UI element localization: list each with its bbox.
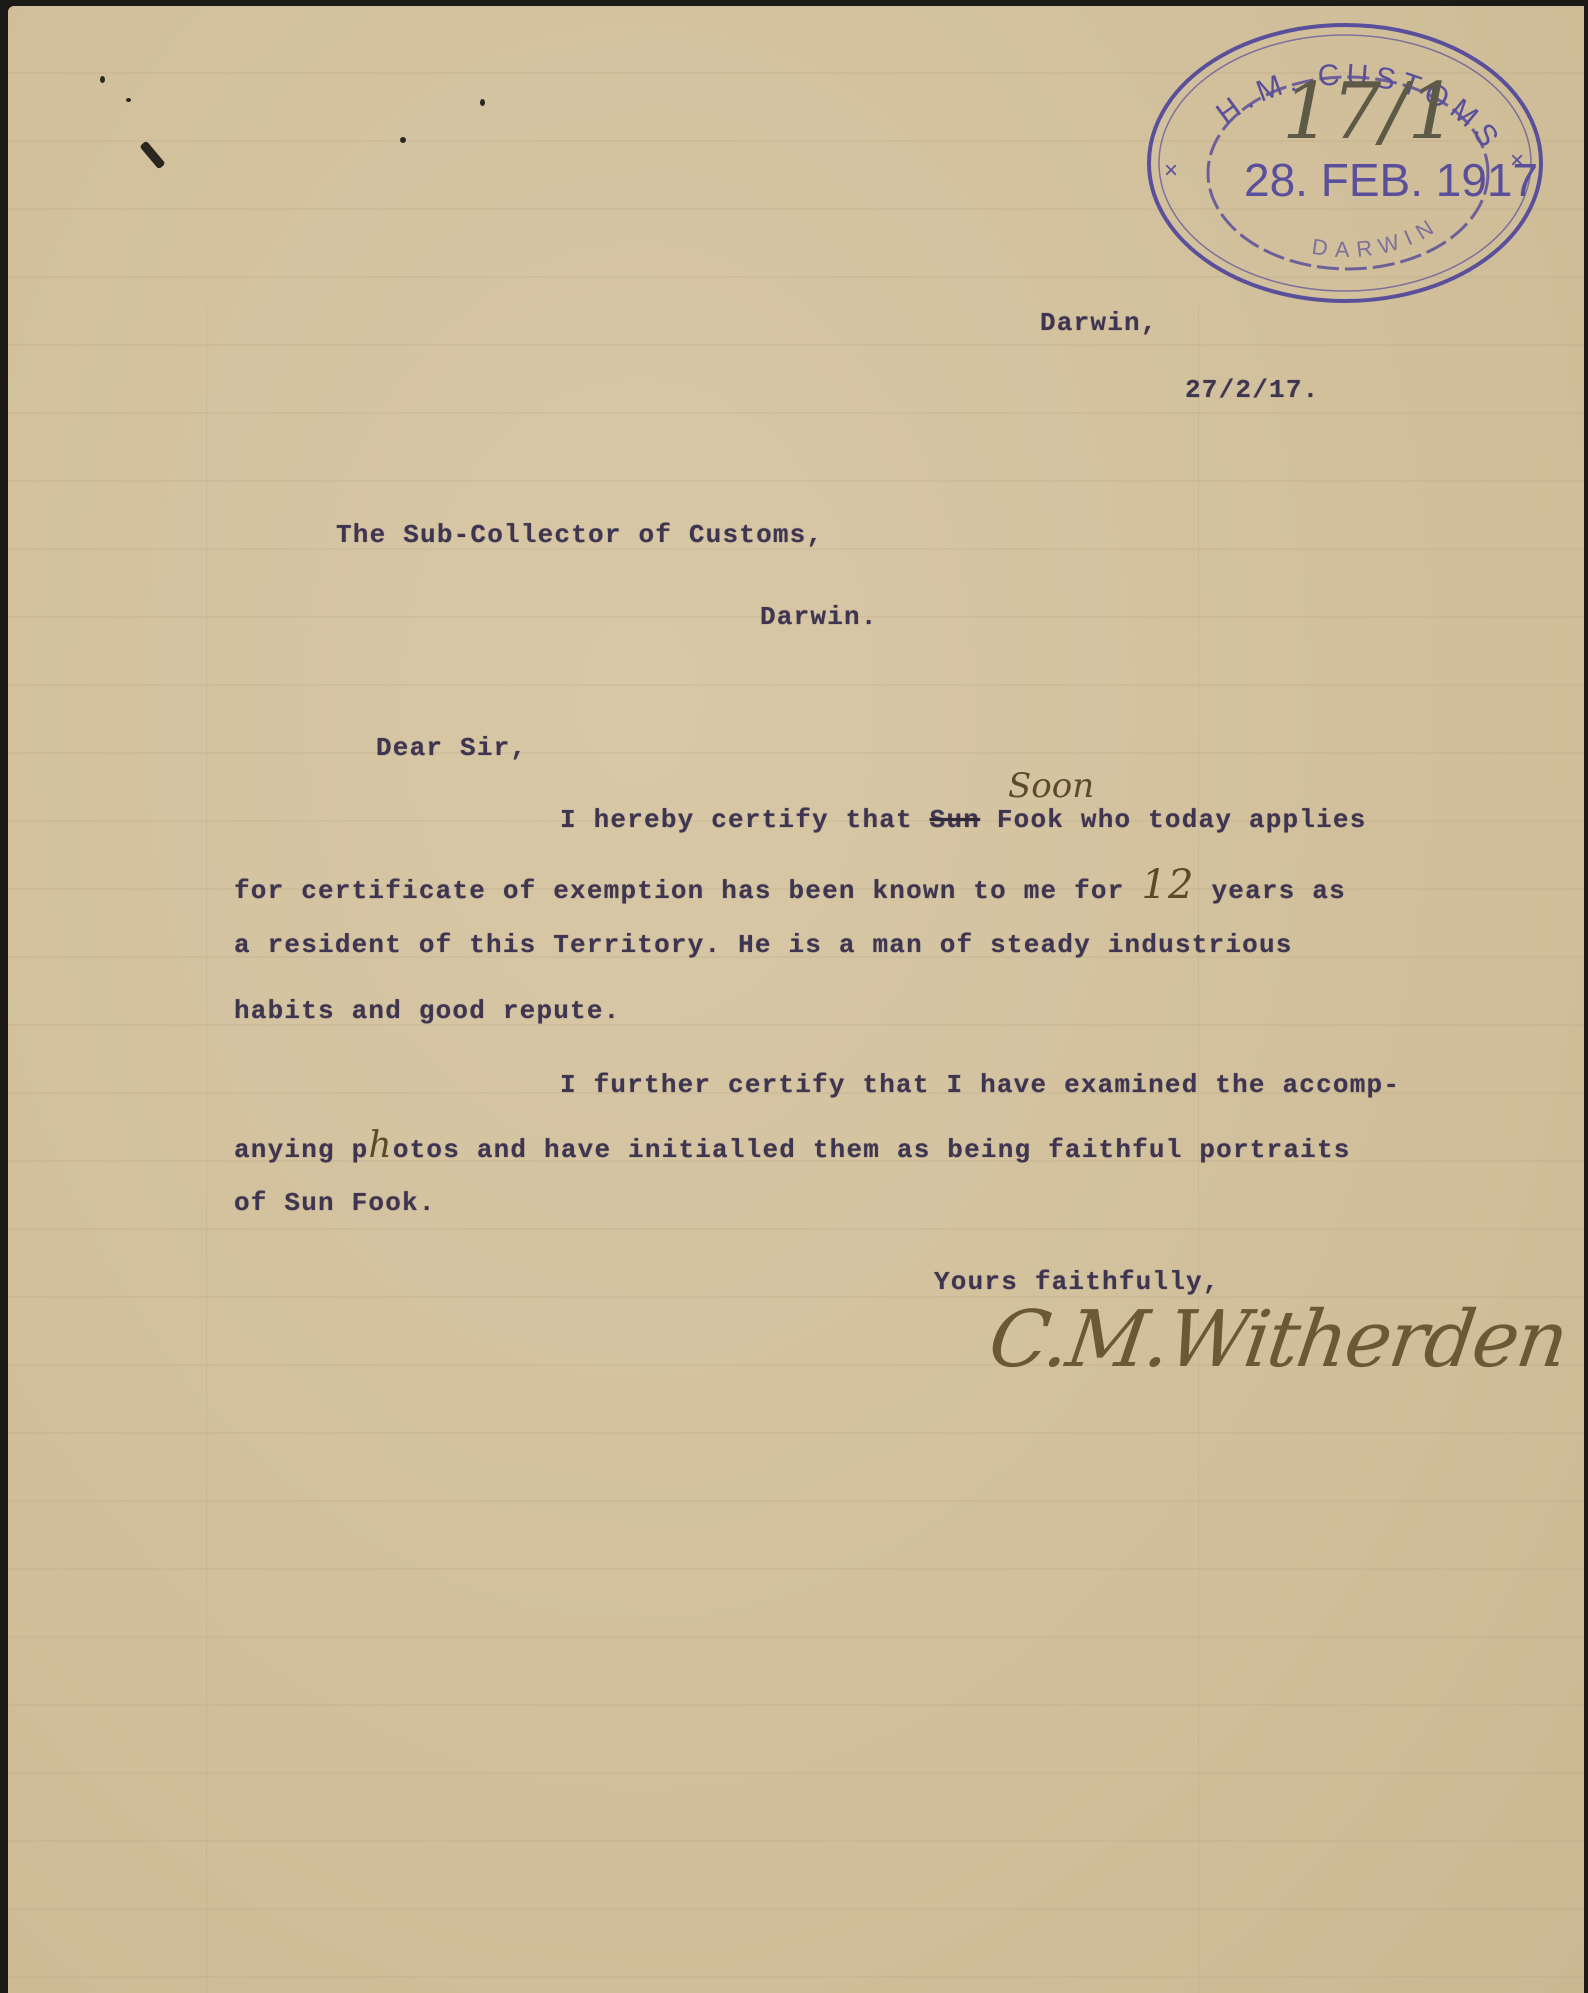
- svg-text:×: ×: [1164, 157, 1178, 184]
- handwritten-insert: h: [368, 1125, 392, 1166]
- ruled-margin-line: [206, 306, 207, 1993]
- svg-text:28. FEB. 1917: 28. FEB. 1917: [1244, 154, 1538, 206]
- letter-date: 27/2/17.: [1185, 375, 1319, 405]
- letter-place: Darwin,: [1040, 308, 1158, 338]
- paragraph-1-line-4: habits and good repute.: [234, 996, 620, 1026]
- paragraph-2-line-2: anying photos and have initialled them a…: [234, 1125, 1351, 1166]
- paper-speck: [480, 99, 485, 106]
- paragraph-2-line-3: of Sun Fook.: [234, 1188, 436, 1218]
- paragraph-2-line-1: I further certify that I have examined t…: [560, 1070, 1400, 1100]
- addressee-line-1: The Sub-Collector of Customs,: [336, 520, 823, 550]
- paper-speck: [100, 76, 105, 83]
- salutation: Dear Sir,: [376, 733, 527, 763]
- handwritten-years: 12: [1141, 862, 1194, 908]
- paragraph-1-line-2: for certificate of exemption has been kn…: [234, 862, 1346, 908]
- paper-mark: [139, 141, 165, 170]
- stamp-graphic: H.M. CUSTOMS. DARWIN × × 28. FEB. 1917 1…: [1142, 18, 1548, 308]
- paragraph-1-line-3: a resident of this Territory. He is a ma…: [234, 930, 1293, 960]
- svg-text:17/1: 17/1: [1282, 67, 1457, 157]
- struck-name: Sun: [930, 805, 980, 835]
- paper-speck: [126, 98, 131, 102]
- svg-text:DARWIN: DARWIN: [1310, 211, 1444, 262]
- handwritten-name-correction: Soon: [1008, 766, 1094, 806]
- paragraph-1-line-1: I hereby certify that Sun Fook who today…: [560, 805, 1367, 835]
- customs-received-stamp: H.M. CUSTOMS. DARWIN × × 28. FEB. 1917 1…: [1142, 18, 1548, 308]
- signature: C.M.Witherden: [984, 1295, 1572, 1385]
- addressee-line-2: Darwin.: [760, 602, 878, 632]
- paper-speck: [400, 137, 406, 143]
- closing: Yours faithfully,: [934, 1267, 1220, 1297]
